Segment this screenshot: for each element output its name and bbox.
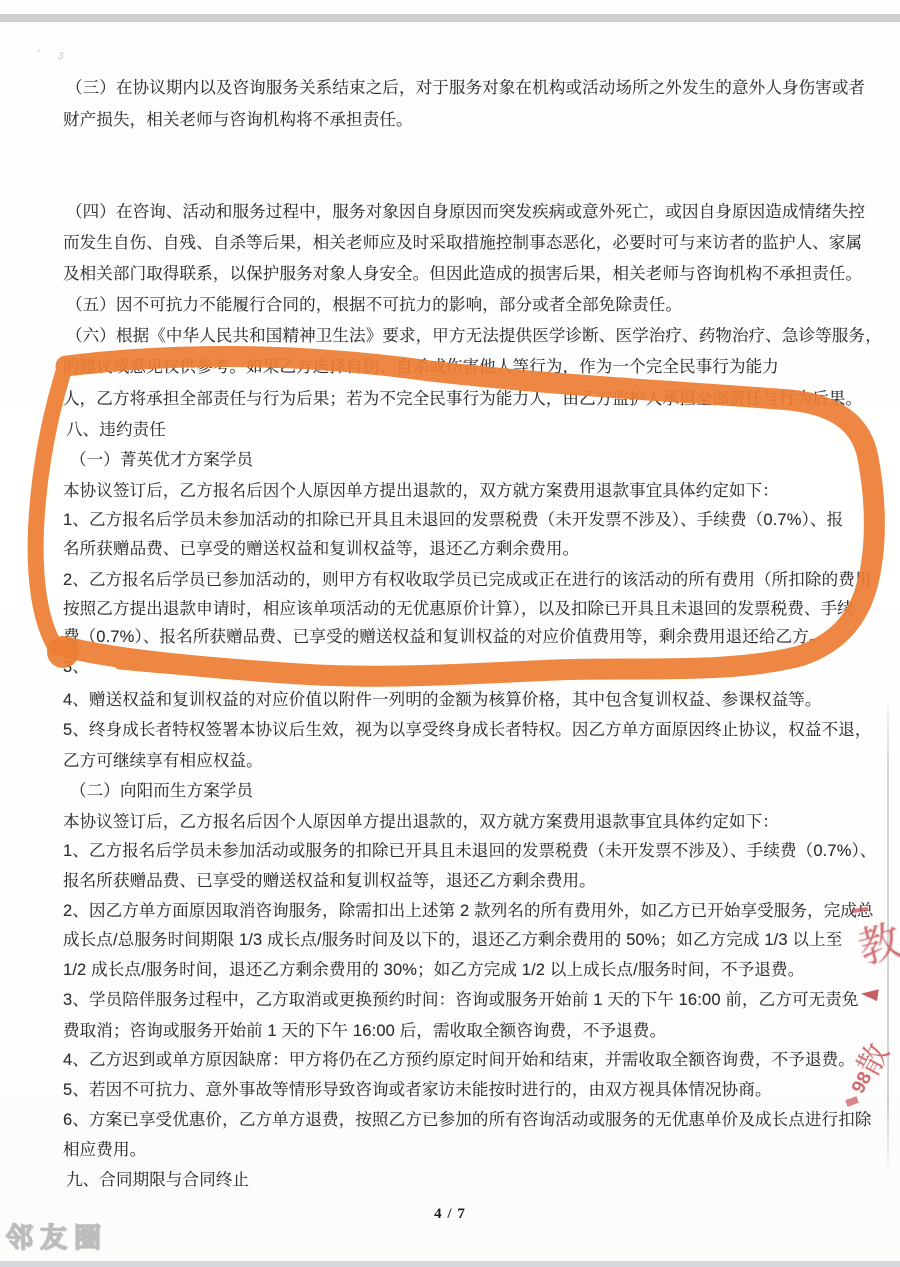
document-line: 4、乙方迟到或单方原因缺席：甲方将仍在乙方预约原定时间开始和结束，并需收取全额咨… <box>63 1050 855 1070</box>
document-line: 5、终身成长者特权签署本协议后生效，视为以享受终身成长者特权。因乙方单方面原因终… <box>63 720 872 740</box>
document-line: 5、若因不可抗力、意外事故等情形导致咨询或者家访未能按时进行的，由双方视具体情况… <box>63 1080 772 1100</box>
document-line: 名所获赠品费、已享受的赠送权益和复训权益等，退还乙方剩余费用。 <box>63 539 579 559</box>
document-line: 九、合同期限与合同终止 <box>66 1170 249 1190</box>
document-line: 财产损失，相关老师与咨询机构将不承担责任。 <box>63 110 413 130</box>
document-line: 而发生自伤、自残、自杀等后果，相关老师应及时采取措施控制事态恶化，必要时可与来访… <box>63 233 862 253</box>
document-line: 八、违约责任 <box>66 420 166 440</box>
document-line: 4、赠送权益和复训权益的对应价值以附件一列明的金额为核算价格，其中包含复训权益、… <box>63 690 822 710</box>
document-line: 2、乙方报名后学员已参加活动的，则甲方有权收取学员已完成或正在进行的该活动的所有… <box>63 570 872 590</box>
document-line: 成长点/总服务时间期限 1/3 成长点/服务时间及以下的，退还乙方剩余费用的 5… <box>63 930 842 950</box>
document-line: 乙方可继续享有相应权益。 <box>63 751 263 771</box>
page-number: 4 / 7 <box>0 1206 900 1223</box>
document-line: （四）在咨询、活动和服务过程中，服务对象因自身原因而突发疾病或意外死亡，或因自身… <box>66 202 865 222</box>
document-line: 1/2 成长点/服务时间，退还乙方剩余费用的 30%；如乙方完成 1/2 以上成… <box>63 960 804 980</box>
document-line: （三）在协议期内以及咨询服务关系结束之后，对于服务对象在机构或活动场所之外发生的… <box>66 78 865 98</box>
document-line: 3、 <box>63 657 89 677</box>
document-line: 费（0.7%）、报名所获赠品费、已享受的赠送权益和复训权益的对应价值费用等，剩余… <box>63 627 826 647</box>
document-lines: （三）在协议期内以及咨询服务关系结束之后，对于服务对象在机构或活动场所之外发生的… <box>0 0 900 1267</box>
document-line: 相应费用。 <box>63 1140 146 1160</box>
contract-page-photo: ’ 3 （三）在协议期内以及咨询服务关系结束之后，对于服务对象在机构或活动场所之… <box>0 0 900 1267</box>
document-line: （一）菁英优才方案学员 <box>70 450 253 470</box>
document-line: 1、乙方报名后学员未参加活动或服务的扣除已开具且未退回的发票税费（未开发票不涉及… <box>63 841 877 861</box>
document-line: 报名所获赠品费、已享受的赠送权益和复训权益等，退还乙方剩余费用。 <box>63 871 596 891</box>
document-line: 的建议或意见仅供参考。如果乙方选择自伤、自杀或伤害他人等行为，作为一个完全民事行… <box>63 357 779 377</box>
document-line: 2、因乙方单方面原因取消咨询服务，除需扣出上述第 2 款列名的所有费用外，如乙方… <box>63 901 874 921</box>
document-line: （六）根据《中华人民共和国精神卫生法》要求，甲方无法提供医学诊断、医学治疗、药物… <box>66 326 882 346</box>
document-line: 费取消；咨询或服务开始前 1 天的下午 16:00 后，需收取全额咨询费，不予退… <box>63 1021 666 1041</box>
document-line: 3、学员陪伴服务过程中，乙方取消或更换预约时间：咨询或服务开始前 1 天的下午 … <box>63 990 859 1010</box>
document-line: 按照乙方提出退款申请时，相应该单项活动的无优惠原价计算），以及扣除已开具且未退回… <box>63 599 854 619</box>
document-line: 1、乙方报名后学员未参加活动的扣除已开具且未退回的发票税费（未开发票不涉及）、手… <box>63 510 843 530</box>
document-line: （二）向阳而生方案学员 <box>70 781 253 801</box>
red-arrow-mark <box>860 987 879 1001</box>
document-line: 本协议签订后，乙方报名后因个人原因单方提出退款的，双方就方案费用退款事宜具体约定… <box>63 481 779 501</box>
document-line: （五）因不可抗力不能履行合同的，根据不可抗力的影响，部分或者全部免除责任。 <box>66 295 682 315</box>
document-line: 人，乙方将承担全部责任与行为后果；若为不完全民事行为能力人，由乙方监护人承担全部… <box>63 389 862 409</box>
document-line: 本协议签订后，乙方报名后因个人原因单方提出退款的，双方就方案费用退款事宜具体约定… <box>63 812 779 832</box>
document-line: 6、方案已享受优惠价，乙方单方退费，按照乙方已参加的所有咨询活动或服务的无优惠单… <box>63 1110 872 1130</box>
document-line: 及相关部门取得联系，以保护服务对象人身安全。但因此造成的损害后果，相关老师与咨询… <box>63 264 862 284</box>
watermark-text: 邻友圈 <box>6 1216 108 1255</box>
